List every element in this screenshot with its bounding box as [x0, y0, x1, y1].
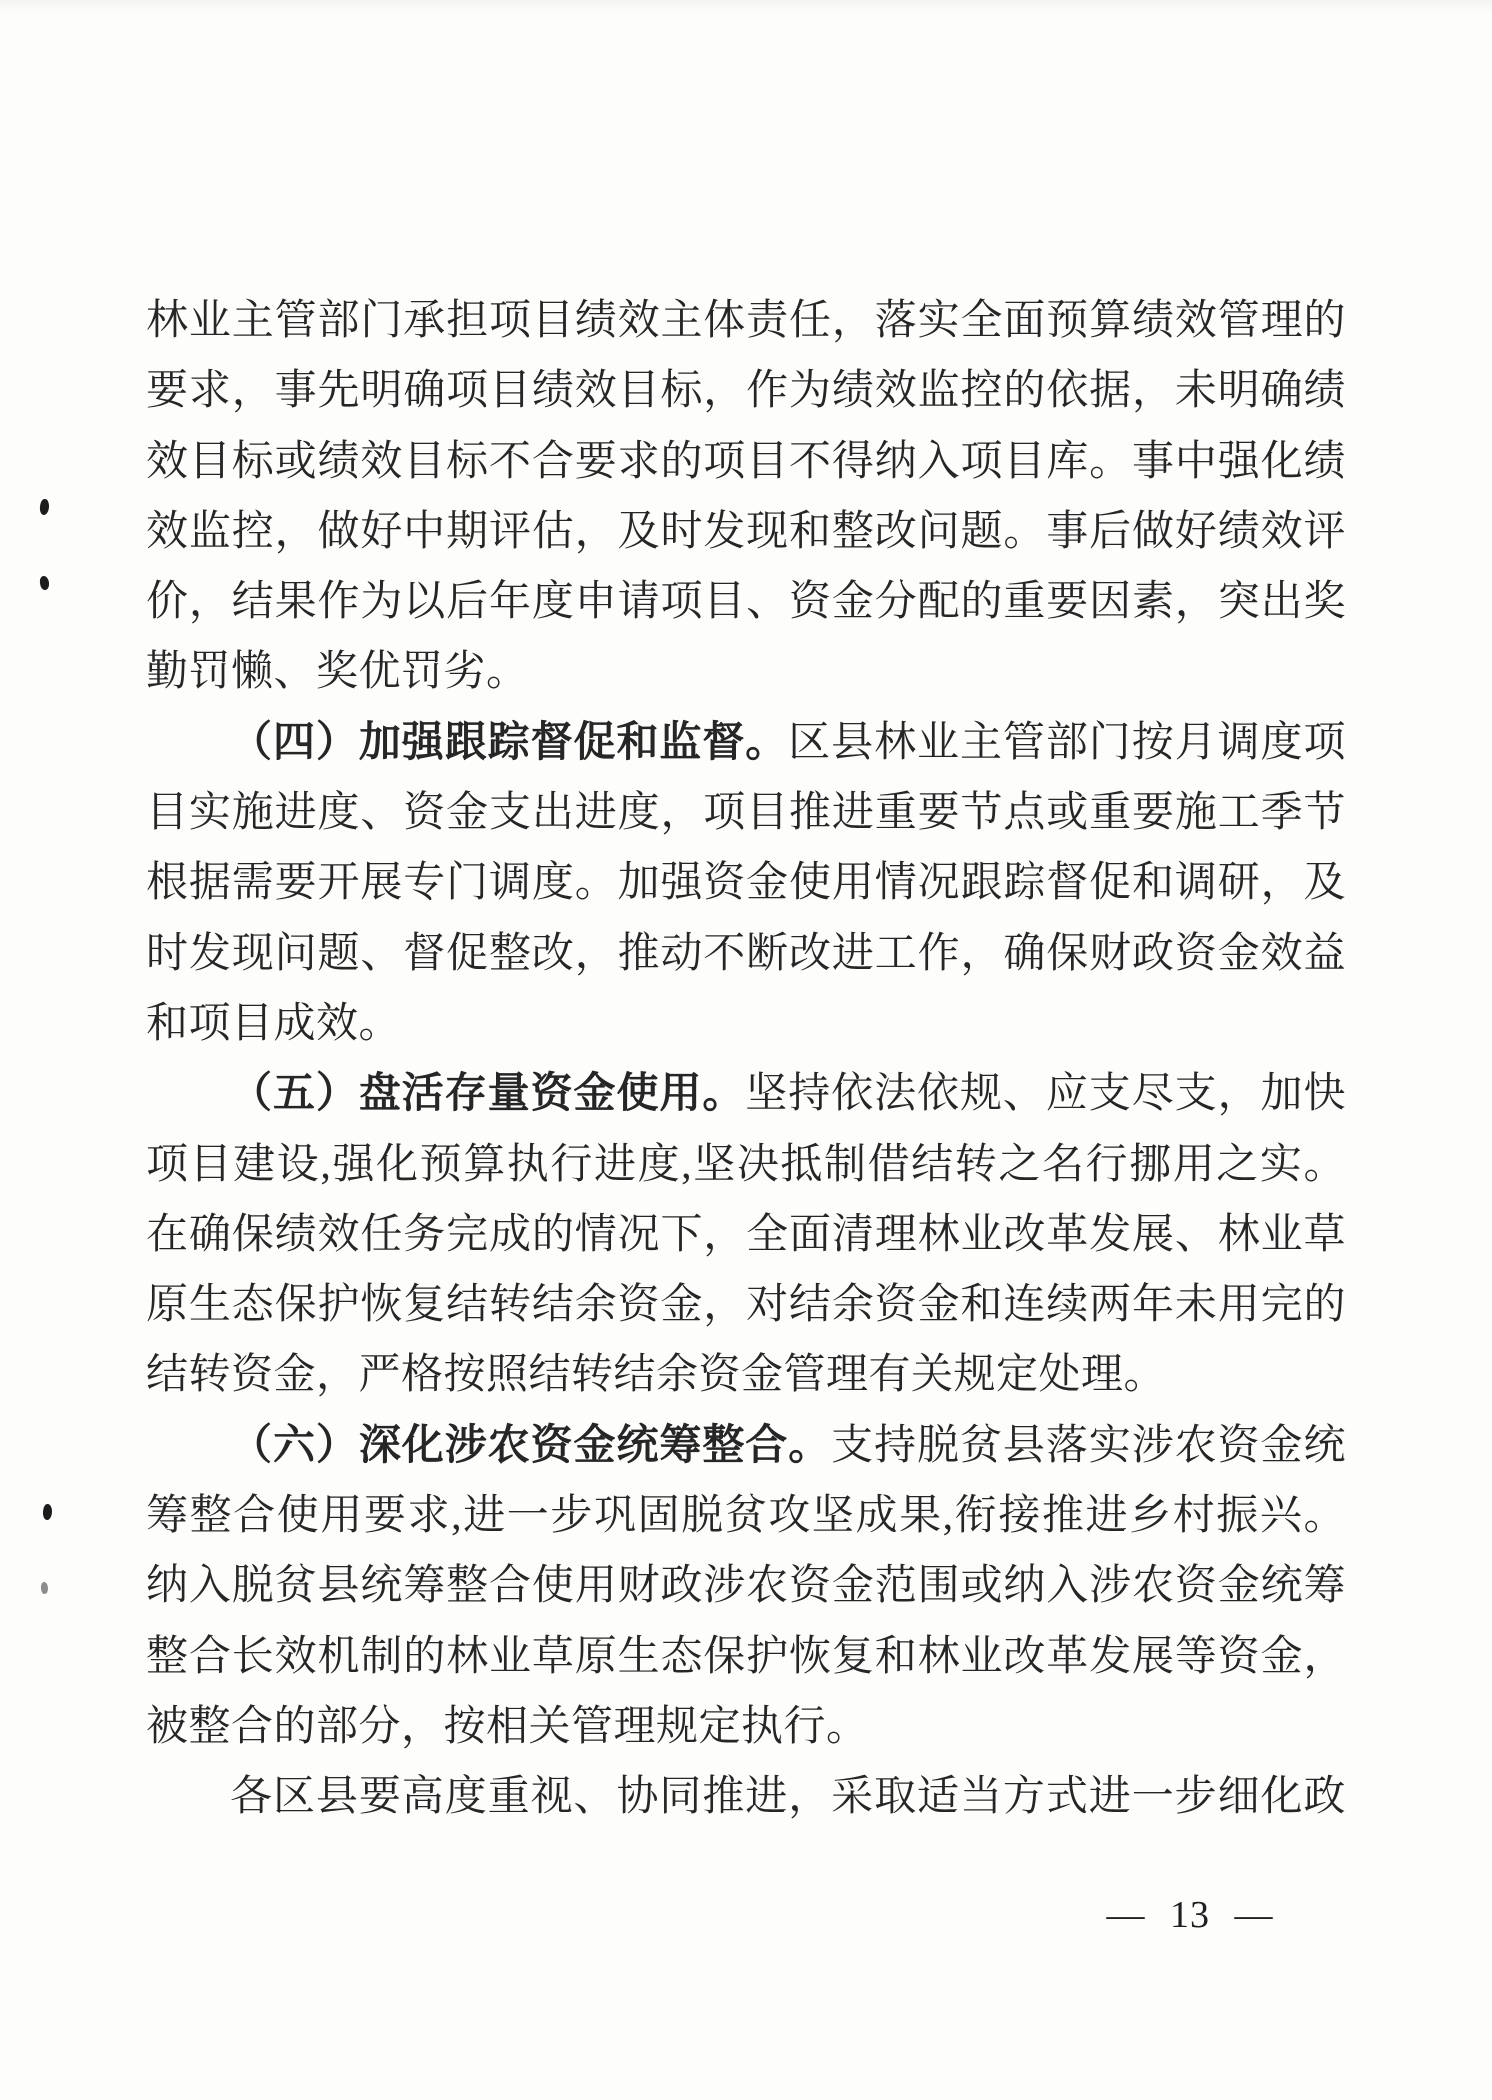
text-line: 各区县要高度重视、协同推进，采取适当方式进一步细化政 [146, 1762, 1346, 1832]
text-segment: 纳入脱贫县统筹整合使用财政涉农资金范围或纳入涉农资金统筹 [146, 1563, 1346, 1609]
text-line: （四）加强跟踪督促和监督。区县林业主管部门按月调度项 [146, 708, 1346, 778]
text-segment: 在确保绩效任务完成的情况下，全面清理林业改革发展、林业草 [146, 1212, 1346, 1258]
text-line: 根据需要开展专门调度。加强资金使用情况跟踪督促和调研，及 [146, 848, 1346, 918]
text-line: 目实施进度、资金支出进度，项目推进重要节点或重要施工季节 [146, 778, 1346, 848]
text-segment: 时发现问题、督促整改，推动不断改进工作，确保财政资金效益 [146, 931, 1346, 977]
page-number: — 13 — [1080, 1893, 1300, 1937]
text-segment: 目实施进度、资金支出进度，项目推进重要节点或重要施工季节 [146, 790, 1346, 836]
text-segment: 各区县要高度重视、协同推进，采取适当方式进一步细化政 [230, 1774, 1346, 1820]
text-segment: 根据需要开展专门调度。加强资金使用情况跟踪督促和调研，及 [146, 860, 1346, 906]
text-segment: 林业主管部门承担项目绩效主体责任，落实全面预算绩效管理的 [146, 298, 1346, 344]
text-segment: 被整合的部分，按相关管理规定执行。 [146, 1704, 869, 1750]
text-segment: 要求，事先明确项目绩效目标，作为绩效监控的依据，未明确绩 [146, 368, 1346, 414]
text-line: （六）深化涉农资金统筹整合。支持脱贫县落实涉农资金统 [146, 1411, 1346, 1481]
text-segment: 效监控，做好中期评估，及时发现和整改问题。事后做好绩效评 [146, 509, 1346, 555]
text-line: 效监控，做好中期评估，及时发现和整改问题。事后做好绩效评 [146, 497, 1346, 567]
text-line: 时发现问题、督促整改，推动不断改进工作，确保财政资金效益 [146, 919, 1346, 989]
text-segment: 结转资金，严格按照结转结余资金管理有关规定处理。 [146, 1352, 1166, 1398]
text-line: 在确保绩效任务完成的情况下，全面清理林业改革发展、林业草 [146, 1200, 1346, 1270]
text-line: 要求，事先明确项目绩效目标，作为绩效监控的依据，未明确绩 [146, 356, 1346, 426]
text-line: 项目建设,强化预算执行进度,坚决抵制借结转之名行挪用之实。 [146, 1130, 1346, 1200]
text-line: 勤罚懒、奖优罚劣。 [146, 637, 1346, 707]
ink-speck [41, 1582, 48, 1594]
text-segment: 整合长效机制的林业草原生态保护恢复和林业改革发展等资金， [146, 1634, 1346, 1680]
text-segment: 项目建设,强化预算执行进度,坚决抵制借结转之名行挪用之实。 [146, 1142, 1346, 1188]
text-line: 整合长效机制的林业草原生态保护恢复和林业改革发展等资金， [146, 1622, 1346, 1692]
text-segment: 原生态保护恢复结转结余资金，对结余资金和连续两年未用完的 [146, 1282, 1346, 1328]
text-line: 林业主管部门承担项目绩效主体责任，落实全面预算绩效管理的 [146, 286, 1346, 356]
text-line: 结转资金，严格按照结转结余资金管理有关规定处理。 [146, 1340, 1346, 1410]
ink-speck [42, 1504, 53, 1521]
text-line: 效目标或绩效目标不合要求的项目不得纳入项目库。事中强化绩 [146, 427, 1346, 497]
text-segment: 坚持依法依规、应支尽支，加快 [745, 1071, 1346, 1117]
text-segment: 效目标或绩效目标不合要求的项目不得纳入项目库。事中强化绩 [146, 439, 1346, 485]
document-body: 林业主管部门承担项目绩效主体责任，落实全面预算绩效管理的要求，事先明确项目绩效目… [146, 286, 1346, 1833]
text-segment: 筹整合使用要求,进一步巩固脱贫攻坚成果,衔接推进乡村振兴。 [146, 1493, 1346, 1539]
section-heading-segment: （四）加强跟踪督促和监督。 [230, 720, 788, 766]
text-segment: 勤罚懒、奖优罚劣。 [146, 649, 529, 695]
document-page: 林业主管部门承担项目绩效主体责任，落实全面预算绩效管理的要求，事先明确项目绩效目… [0, 0, 1492, 2100]
text-line: 被整合的部分，按相关管理规定执行。 [146, 1692, 1346, 1762]
text-segment: 区县林业主管部门按月调度项 [788, 720, 1346, 766]
text-line: 纳入脱贫县统筹整合使用财政涉农资金范围或纳入涉农资金统筹 [146, 1551, 1346, 1621]
section-heading-segment: （五）盘活存量资金使用。 [230, 1071, 745, 1117]
ink-speck [40, 576, 50, 591]
text-line: 原生态保护恢复结转结余资金，对结余资金和连续两年未用完的 [146, 1270, 1346, 1340]
text-segment: 价，结果作为以后年度申请项目、资金分配的重要因素，突出奖 [146, 579, 1346, 625]
text-line: 筹整合使用要求,进一步巩固脱贫攻坚成果,衔接推进乡村振兴。 [146, 1481, 1346, 1551]
text-line: （五）盘活存量资金使用。坚持依法依规、应支尽支，加快 [146, 1059, 1346, 1129]
text-segment: 支持脱贫县落实涉农资金统 [831, 1423, 1346, 1469]
text-line: 和项目成效。 [146, 989, 1346, 1059]
text-line: 价，结果作为以后年度申请项目、资金分配的重要因素，突出奖 [146, 567, 1346, 637]
ink-speck [39, 498, 50, 515]
section-heading-segment: （六）深化涉农资金统筹整合。 [230, 1423, 831, 1469]
text-segment: 和项目成效。 [146, 1001, 401, 1047]
scan-artifact [0, 0, 1492, 14]
